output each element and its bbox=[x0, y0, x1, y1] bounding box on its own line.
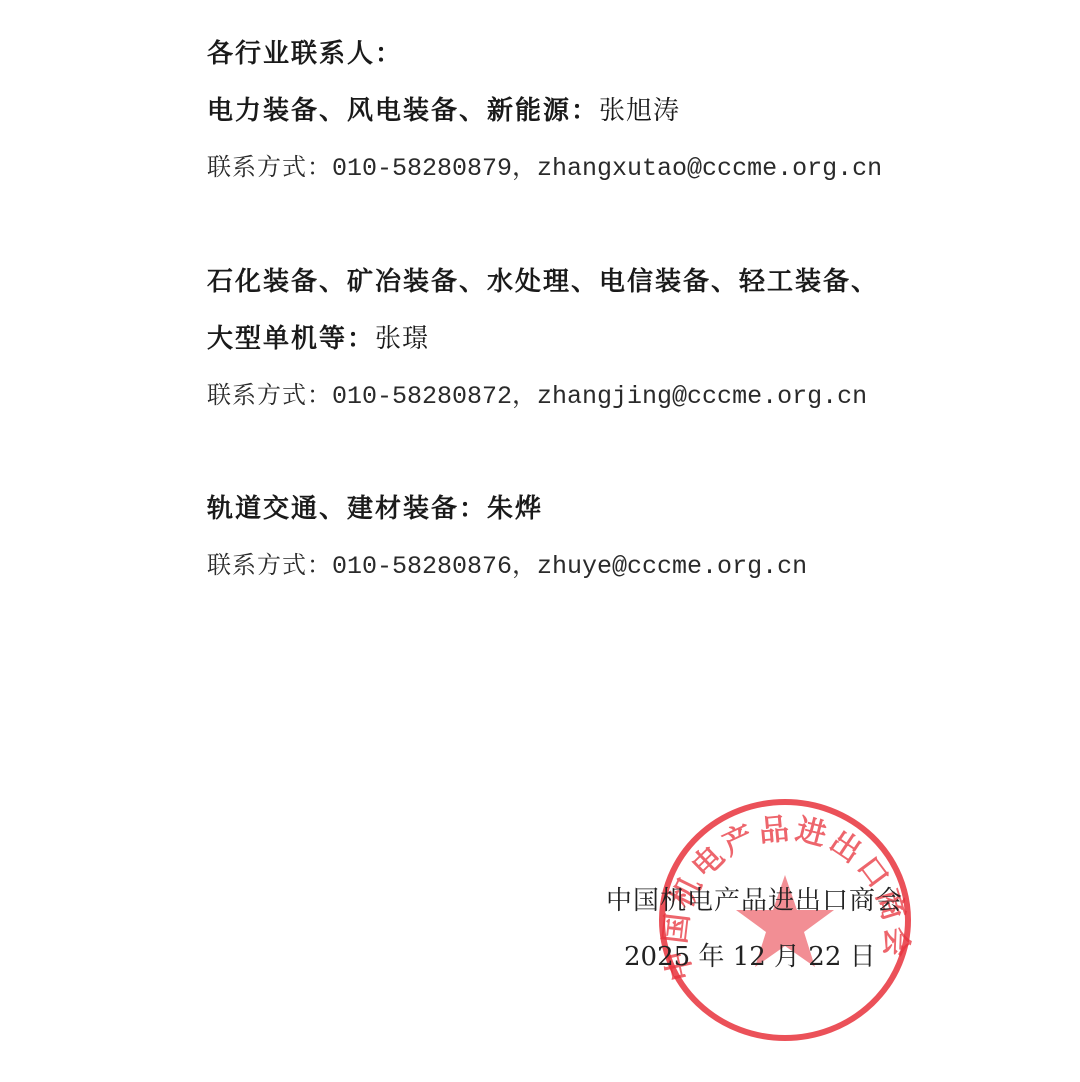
contact-1-details: 联系方式：010-58280879，zhangxutao@cccme.org.c… bbox=[207, 147, 882, 183]
contact-2-details: 联系方式：010-58280872，zhangjing@cccme.org.cn bbox=[207, 375, 867, 411]
official-seal-icon: 中国机电产品进出口商会 bbox=[655, 795, 915, 1045]
contact-2-industries: 大型单机等： bbox=[207, 324, 375, 354]
contact-3-details: 联系方式：010-58280876，zhuye@cccme.org.cn bbox=[207, 545, 807, 581]
contact-1-phone: 010-58280879， bbox=[332, 154, 537, 183]
contact-3-industries-line: 轨道交通、建材装备：朱烨 bbox=[207, 488, 543, 525]
contact-3-industries: 轨道交通、建材装备： bbox=[207, 494, 487, 524]
contact-2-phone: 010-58280872， bbox=[332, 382, 537, 411]
contact-1-email: zhangxutao@cccme.org.cn bbox=[537, 154, 882, 183]
contact-1-name: 张旭涛 bbox=[599, 96, 680, 126]
contact-2-label: 联系方式： bbox=[207, 381, 332, 409]
contact-2-name: 张璟 bbox=[375, 324, 429, 354]
contact-3-label: 联系方式： bbox=[207, 551, 332, 579]
contact-3-name: 朱烨 bbox=[487, 494, 543, 524]
contact-1-industries-line: 电力装备、风电装备、新能源：张旭涛 bbox=[207, 90, 680, 127]
contact-2-industries-line-2: 大型单机等：张璟 bbox=[207, 318, 429, 355]
contact-2-industries-line-1: 石化装备、矿冶装备、水处理、电信装备、轻工装备、 bbox=[207, 261, 879, 298]
contact-3-phone: 010-58280876， bbox=[332, 552, 537, 581]
signoff-date: 2025 年 12 月 22 日 bbox=[624, 936, 876, 973]
contacts-heading: 各行业联系人： bbox=[207, 33, 403, 70]
contact-2-email: zhangjing@cccme.org.cn bbox=[537, 382, 867, 411]
contact-1-label: 联系方式： bbox=[207, 153, 332, 181]
signoff-organization: 中国机电产品进出口商会 bbox=[606, 880, 903, 917]
contact-3-email: zhuye@cccme.org.cn bbox=[537, 552, 807, 581]
contact-1-industries: 电力装备、风电装备、新能源： bbox=[207, 96, 599, 126]
